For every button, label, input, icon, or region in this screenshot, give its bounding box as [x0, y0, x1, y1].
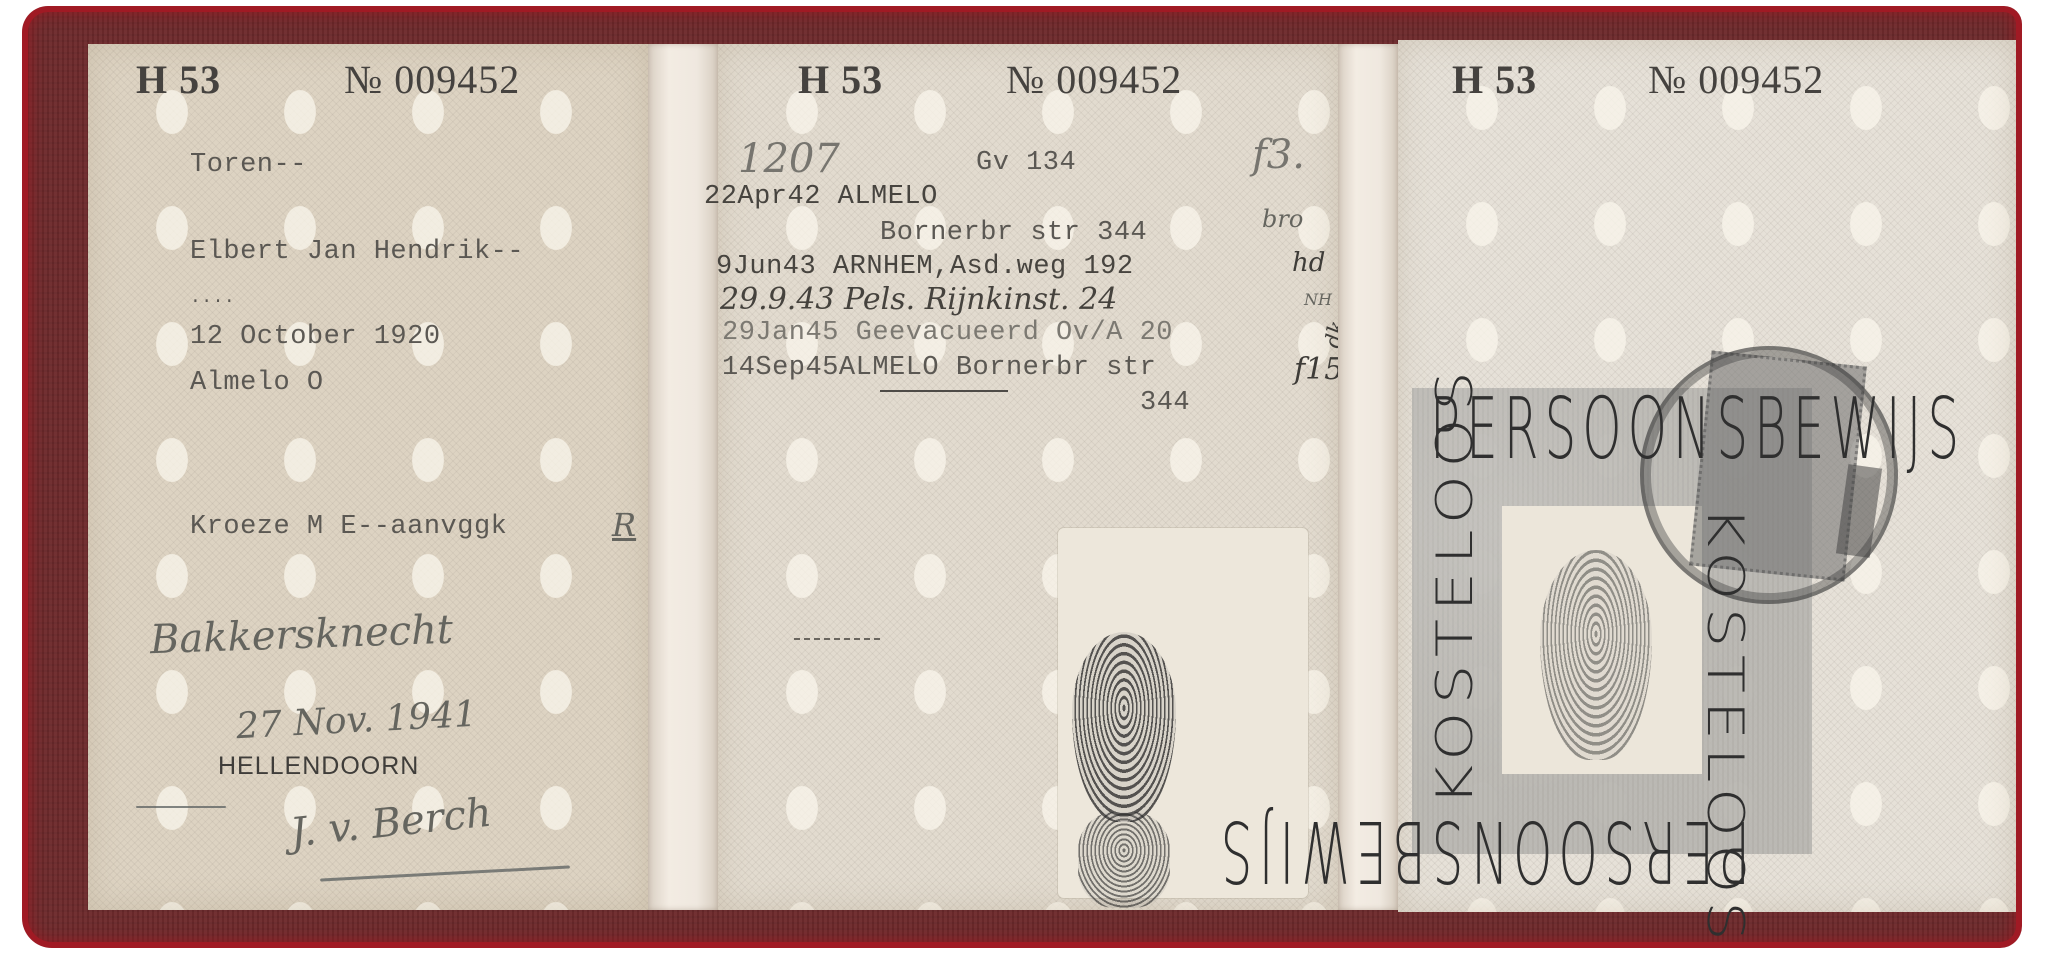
left-serial-number: 009452	[394, 57, 520, 102]
dash-line	[794, 638, 880, 642]
margin-initials-5: f15	[1294, 352, 1343, 387]
address-entry-1: 22Apr42 ALMELO	[704, 182, 938, 212]
right-serial-number: 009452	[1698, 57, 1824, 102]
stamp-word-bottom: PERSOONSBEWIJS	[1215, 801, 1750, 900]
margin-initials-3: NH	[1304, 290, 1332, 309]
handwritten-mark-top-right: f3.	[1252, 132, 1305, 178]
signature-lead-line	[136, 806, 226, 808]
left-serial: H 53 № 009452	[136, 56, 520, 103]
right-serial: H 53 № 009452	[1452, 56, 1824, 103]
fingerprint-icon	[1540, 550, 1652, 760]
left-series: H 53	[136, 57, 221, 102]
surname: Toren--	[190, 150, 307, 180]
spouse-line: Kroeze M E--aanvggk	[190, 512, 507, 542]
margin-initials-1: bro	[1262, 205, 1303, 233]
number-sign: №	[344, 57, 383, 102]
stamp-word-top: PERSOONSBEWIJS	[1430, 380, 1965, 479]
fingerprint-icon	[1072, 632, 1176, 822]
address-entry-1-street: Bornerbr str 344	[880, 218, 1147, 248]
stamp-word-left: KOSTELOOS	[1426, 364, 1484, 806]
placeholder-dots: ....	[190, 288, 235, 308]
address-entry-2: 9Jun43 ARNHEM,Asd.weg 192	[716, 252, 1134, 282]
address-entry-5-number: 344	[1140, 388, 1190, 418]
handwritten-number-top: 1207	[738, 136, 840, 182]
birth-place: Almelo O	[190, 368, 324, 398]
middle-serial: H 53 № 009452	[798, 56, 1182, 103]
right-series: H 53	[1452, 57, 1537, 102]
birth-date: 12 October 1920	[190, 322, 441, 352]
binding-hinge-right	[1338, 44, 1398, 910]
municipality-code: Gv 134	[976, 148, 1076, 178]
margin-initials-2: hd	[1292, 248, 1325, 278]
number-sign: №	[1648, 57, 1687, 102]
middle-serial-number: 009452	[1056, 57, 1182, 102]
address-entry-5: 14Sep45ALMELO Bornerbr str	[722, 353, 1156, 383]
address-entry-3-handwritten: 29.9.43 Pels. Rijnkinst. 24	[720, 282, 1117, 317]
middle-series: H 53	[798, 57, 883, 102]
address-entry-4: 29Jan45 Geevacueerd Ov/A 20	[722, 318, 1173, 348]
issuing-municipality-stamp: HELLENDOORN	[218, 752, 419, 781]
given-names: Elbert Jan Hendrik--	[190, 237, 524, 267]
handwritten-initial: R	[612, 506, 636, 544]
number-sign: №	[1006, 57, 1045, 102]
binding-hinge-left	[648, 44, 718, 910]
almelo-underline	[880, 390, 1008, 392]
fingerprint-partial-icon	[1078, 812, 1170, 908]
